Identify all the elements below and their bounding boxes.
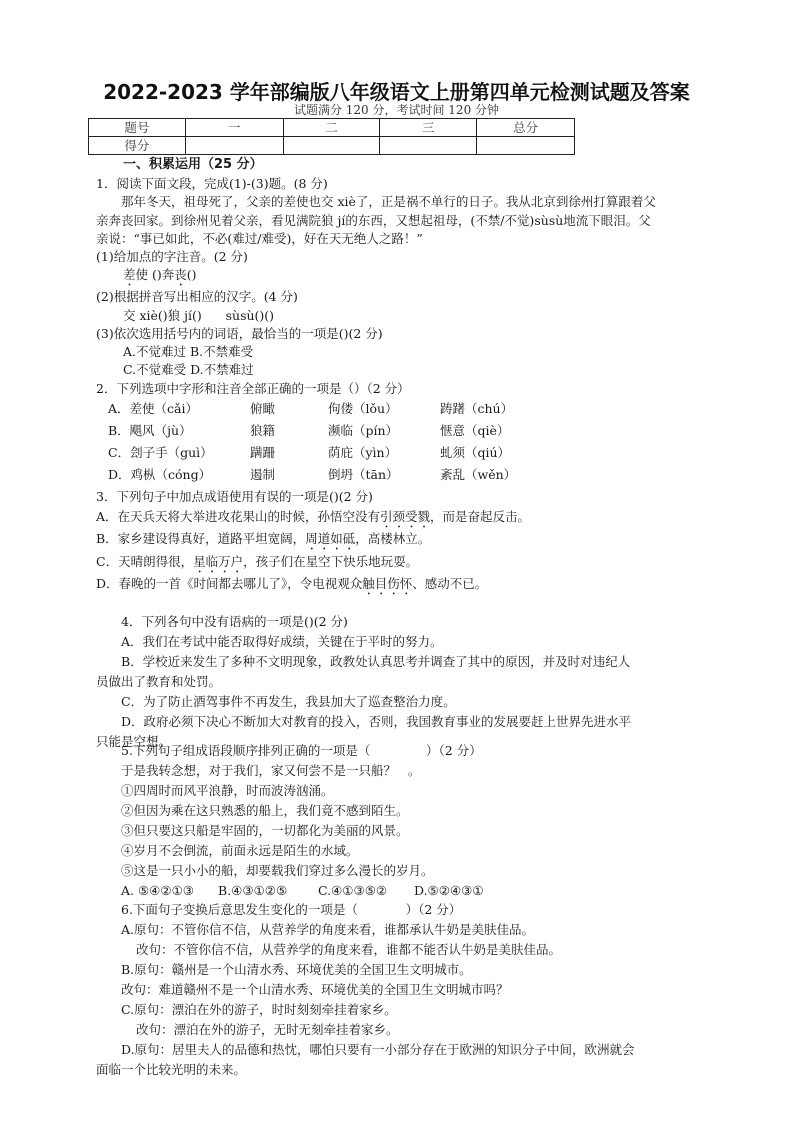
q3-stem: 3．下列句子中加点成语使用有误的一项是()(2 分) [96, 488, 373, 506]
q2-cell: 倒坍（tān） [328, 466, 399, 484]
q5-option: A. ⑤④②①③ [121, 882, 194, 900]
q1-sub1-text: () [187, 267, 197, 282]
q2-cell: D．鸡枞（cóng） [108, 466, 211, 484]
q6-stem: 6.下面句子变换后意思发生变化的一项是（ ）（2 分） [121, 901, 461, 919]
q2-cell: A．差使（cǎi） [108, 400, 198, 418]
q4-stem: 4．下列各句中没有语病的一项是()(2 分) [121, 613, 348, 631]
emphasized-idiom: 星临万户 [193, 554, 243, 569]
q5-item: ④岁月不会倒流，前面永远是陌生的水域。 [121, 842, 359, 860]
q6-option-d-cont: 面临一个比较光明的未来。 [96, 1061, 246, 1079]
q4-option-a: A．我们在考试中能否取得好成绩，关键在于平时的努力。 [121, 633, 443, 651]
emphasized-idiom: 周道如砥 [305, 531, 355, 546]
q6-option-b-original: B.原句：赣州是一个山清水秀、环境优美的全国卫生文明城市。 [121, 961, 472, 979]
q3-text: ，而是奋起反击。 [430, 509, 530, 524]
q2-stem: 2．下列选项中字形和注音全部正确的一项是（）（2 分） [96, 380, 410, 398]
score-input-cell [477, 137, 575, 155]
q1-sub2-answer: 交 xiè()狼 jí() sùsù()() [123, 307, 274, 325]
q1-stem: 1．阅读下面文段，完成(1)-(3)题。(8 分) [96, 175, 328, 193]
q6-option-c-original: C.原句：漂泊在外的游子，时时刻刻牵挂着家乡。 [121, 1001, 397, 1019]
score-table: 题号 一 二 三 总分 得分 [88, 118, 575, 155]
q3-text: C．天晴朗得很， [96, 554, 193, 569]
q3-option-a: A．在天兵天将大举进攻花果山的时候，孙悟空没有引颈受戮，而是奋起反击。 [96, 508, 530, 531]
q1-sub1-answer: 差使 ()奔丧() [123, 266, 197, 289]
q6-option-c-revised: 改句：漂泊在外的游子，无时无刻牵挂着家乡。 [136, 1021, 399, 1039]
q1-passage-line: 那年冬天，祖母死了，父亲的差使也交 xiè了，正是祸不单行的日子。我从北京到徐州… [121, 193, 656, 211]
score-input-cell [380, 137, 477, 155]
q2-cell: B．飓风（jù） [108, 422, 192, 440]
q3-text: B．家乡建设得真好，道路平坦宽阔， [96, 531, 305, 546]
q5-item: ③但只要这只船是牢固的，一切都化为美丽的风景。 [121, 822, 409, 840]
q6-option-a-revised: 改句：不管你信不信，从营养学的角度来看，谁都不能否认牛奶是美肤佳品。 [136, 941, 561, 959]
q5-item: ①四周时而风平浪静，时而波涛汹涌。 [121, 782, 334, 800]
q1-sub1: (1)给加点的字注音。(2 分) [96, 248, 248, 266]
q2-cell: 惬意（qiè） [440, 422, 509, 440]
score-input-cell [185, 137, 283, 155]
score-table-cell: 三 [380, 119, 477, 137]
q4-option-b-cont: 员做出了教育和处罚。 [96, 673, 221, 691]
q2-cell: 俯瞰 [250, 400, 275, 418]
q6-option-d-original: D.原句：居里夫人的品德和热忱，哪怕只要有一小部分存在于欧洲的知识分子中间，欧洲… [121, 1041, 635, 1059]
q5-item: ②但因为乘在这只熟悉的船上，我们竟不感到陌生。 [121, 802, 409, 820]
score-table-cell: 题号 [89, 119, 186, 137]
score-table-cell: 一 [185, 119, 283, 137]
q5-option: B.④③①②⑤ [218, 882, 287, 900]
score-table-header-row: 题号 一 二 三 总分 [89, 119, 575, 137]
q4-option-d: D．政府必须下决心不断加大对教育的投入，否则，我国教育事业的发展要赶上世界先进水… [121, 713, 631, 731]
score-table-score-row: 得分 [89, 137, 575, 155]
q3-option-c: C．天晴朗得很，星临万户，孩子们在星空下快乐地玩耍。 [96, 553, 418, 576]
score-table-cell: 二 [283, 119, 380, 137]
q5-option: C.④①③⑤② [318, 882, 387, 900]
q1-sub3-options: C.不觉难受 D.不禁难过 [123, 361, 254, 379]
q2-cell: C．刽子手（guì） [108, 444, 213, 462]
q6-option-b-revised: 改句：难道赣州不是一个山清水秀、环境优美的全国卫生文明城市吗？ [121, 981, 509, 999]
emphasized-char: 丧 [174, 267, 187, 282]
q3-text: ，高楼林立。 [355, 531, 430, 546]
score-table-cell: 总分 [477, 119, 575, 137]
q2-cell: 佝偻（lǒu） [328, 400, 398, 418]
q3-text: A．在天兵天将大举进攻花果山的时候，孙悟空没有 [96, 509, 380, 524]
q2-cell: 蹒跚 [250, 444, 275, 462]
q1-passage-line: 亲说：“事已如此，不必(难过/难受)，好在天无绝人之路！” [96, 230, 423, 248]
document-subtitle: 试题满分 120 分，考试时间 120 分钟 [0, 101, 793, 118]
q2-cell: 遏制 [250, 466, 275, 484]
q2-cell: 踌躇（chú） [440, 400, 513, 418]
exam-page: 2022-2023 学年部编版八年级语文上册第四单元检测试题及答案 试题满分 1… [0, 0, 793, 1122]
section-heading: 一、积累运用（25 分） [123, 156, 263, 174]
q5-option: D.⑤②④③① [414, 882, 484, 900]
q3-option-b: B．家乡建设得真好，道路平坦宽阔，周道如砥，高楼林立。 [96, 530, 430, 553]
q1-sub3-options: A.不觉难过 B.不禁难受 [123, 343, 253, 361]
q1-sub3: (3)依次选用括号内的词语，最恰当的一项是()(2 分) [96, 325, 383, 343]
q3-option-d: D．春晚的一首《时间都去哪儿了》，令电视观众触目伤怀、感动不已。 [96, 575, 487, 598]
score-table-cell: 得分 [89, 137, 186, 155]
q4-option-b: B．学校近来发生了多种不文明现象，政教处认真思考并调查了其中的原因，并及时对违纪… [121, 653, 630, 671]
q1-passage-line: 亲奔丧回家。到徐州见着父亲，看见满院狼 jí的东西，又想起祖母，(不禁/不觉)s… [96, 212, 651, 230]
q1-sub2: (2)根据拼音写出相应的汉字。(4 分) [96, 288, 298, 306]
score-input-cell [283, 137, 380, 155]
q4-option-c: C．为了防止酒驾事件不再发生，我县加大了巡查整治力度。 [121, 693, 456, 711]
q1-sub1-text: 使 ()奔 [136, 267, 175, 282]
q3-text: ，孩子们在星空下快乐地玩耍。 [243, 554, 418, 569]
q2-cell: 濒临（pín） [328, 422, 398, 440]
q6-option-a-original: A.原句：不管你信不信，从营养学的角度来看，谁都承认牛奶是美肤佳品。 [121, 921, 534, 939]
q3-text: 、感动不已。 [412, 576, 487, 591]
q5-item: ⑤这是一只小小的船，却要载我们穿过多么漫长的岁月。 [121, 862, 434, 880]
q5-lead: 于是我转念想，对于我们，家又何尝不是一只船？ 。 [121, 762, 420, 780]
q2-cell: 紊乱（wěn） [440, 466, 516, 484]
emphasized-char: 差 [123, 267, 136, 282]
emphasized-idiom: 触目伤怀 [362, 576, 412, 591]
q2-cell: 荫庇（yìn） [328, 444, 397, 462]
q2-cell: 虬须（qiú） [440, 444, 510, 462]
emphasized-idiom: 引颈受戮 [380, 509, 430, 524]
q3-text: D．春晚的一首《时间都去哪儿了》，令电视观众 [96, 576, 362, 591]
q5-stem: 5.下列句子组成语段顺序排列正确的一项是（ ）（2 分） [121, 742, 482, 760]
q2-cell: 狼籍 [250, 422, 275, 440]
